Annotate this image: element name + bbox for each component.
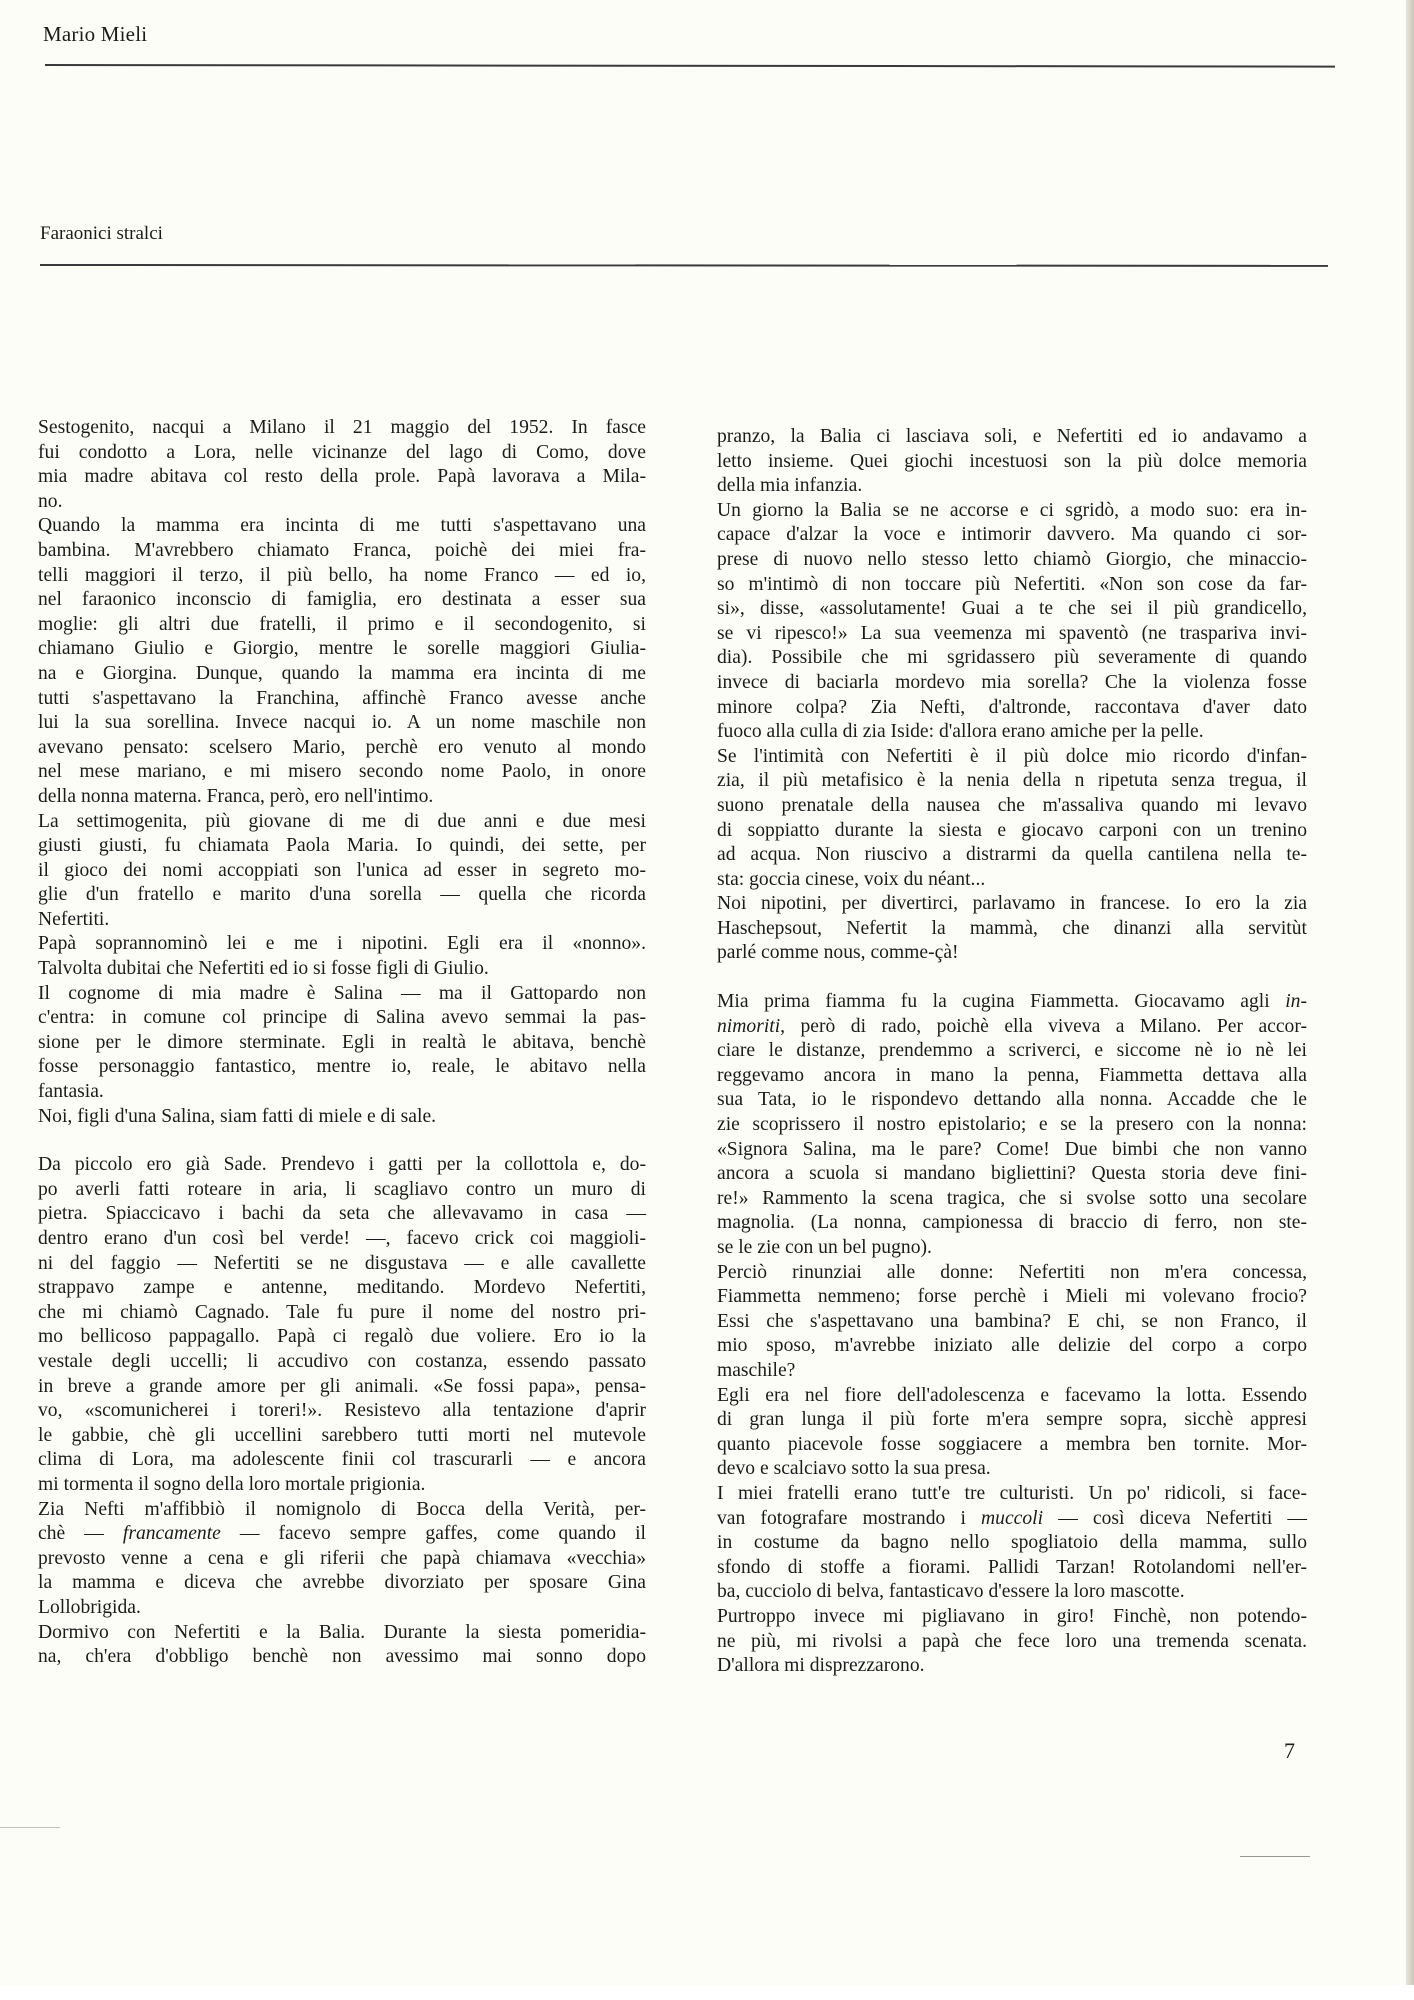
text-line: nel mese mariano, e mi misero secondo no… [38,760,646,785]
paragraph: Purtroppo invece mi pigliavano in giro! … [717,1605,1307,1679]
text-line: «Signora Salina, ma le pare? Come! Due b… [717,1138,1307,1163]
scan-margin [0,1985,1414,2000]
text-line: na e Giorgina. Dunque, quando la mamma e… [38,662,646,687]
page-number: 7 [1284,1738,1295,1764]
text-line: suono prenatale della nausea che m'assal… [717,794,1307,819]
paragraph: Sestogenito, nacqui a Milano il 21 maggi… [38,416,646,514]
text-line: tutti s'aspettavano la Franchina, affinc… [38,687,646,712]
text-line: la mamma e diceva che avrebbe divorziato… [38,1571,646,1596]
text-line: Essi che s'aspettavano una bambina? E ch… [717,1310,1307,1335]
italic-term: nimoriti, [717,1016,785,1037]
text-line: prese di nuovo nello stesso letto chiamò… [717,548,1307,573]
text-line: mia madre abitava col resto della prole.… [38,465,646,490]
text-line: invece di baciarla mordevo mia sorella? … [717,671,1307,696]
text-line: della nonna materna. Franca, però, ero n… [38,785,646,810]
page-edge-shadow [1406,0,1414,1985]
text-line: zia, il più metafisico è la nenia della … [717,769,1307,794]
text-line: nimoriti, però di rado, poichè ella vive… [717,1015,1307,1040]
text-line: ancora a scuola si mandano bigliettini? … [717,1162,1307,1187]
running-header-author: Mario Mieli [43,22,147,47]
paragraph: Papà soprannominò lei e me i nipotini. E… [38,932,646,981]
text-line: dia). Possibile che mi sgridassero più s… [717,646,1307,671]
text-line: so m'intimò di non toccare più Nefertiti… [717,573,1307,598]
text-line: La settimogenita, più giovane di me di d… [38,810,646,835]
paragraph: Se l'intimità con Nefertiti è il più dol… [717,745,1307,893]
text-line: Quando la mamma era incinta di me tutti … [38,514,646,539]
italic-term: muccoli [981,1508,1043,1529]
text-line: Un giorno la Balia se ne accorse e ci sg… [717,499,1307,524]
text-line: Noi nipotini, per divertirci, parlavamo … [717,892,1307,917]
text-line: lui la sua sorellina. Invece nacqui io. … [38,711,646,736]
text-line: vestale degli uccelli; li accudivo con c… [38,1350,646,1375]
text-line: chiamano Giulio e Giorgio, mentre le sor… [38,637,646,662]
text-line: Purtroppo invece mi pigliavano in giro! … [717,1605,1307,1630]
text-line: I miei fratelli erano tutt'e tre culturi… [717,1482,1307,1507]
section-break [38,1129,646,1153]
section-break [717,966,1307,990]
text-line: se vi ripesco!» La sua veemenza mi spave… [717,622,1307,647]
text-line: Noi, figli d'una Salina, siam fatti di m… [38,1105,646,1130]
text-line: Fiammetta nemmeno; forse perchè i Mieli … [717,1285,1307,1310]
paragraph: Da piccolo ero già Sade. Prendevo i gatt… [38,1153,646,1497]
text-line: sione per le dimore sterminate. Egli in … [38,1031,646,1056]
text-line: no. [38,490,646,515]
text-line: Da piccolo ero già Sade. Prendevo i gatt… [38,1153,646,1178]
text-line: zie scoprissero il nostro epistolario; e… [717,1113,1307,1138]
scan-artifact-line [1240,1856,1310,1857]
text-line: fui condotto a Lora, nelle vicinanze del… [38,441,646,466]
text-line: sua Tata, io le rispondevo dettando alla… [717,1088,1307,1113]
text-line: c'entra: in comune col principe di Salin… [38,1006,646,1031]
text-line: maschile? [717,1359,1307,1384]
text-line: clima di Lora, ma adolescente finii col … [38,1448,646,1473]
text-line: ba, cucciolo di belva, fantasticavo d'es… [717,1580,1307,1605]
text-line: letto insieme. Quei giochi incestuosi so… [717,450,1307,475]
text-line: D'allora mi disprezzarono. [717,1654,1307,1679]
text-line: reggevamo ancora in mano la penna, Fiamm… [717,1064,1307,1089]
text-line: telli maggiori il terzo, il più bello, h… [38,564,646,589]
text-line: Perciò rinunziai alle donne: Nefertiti n… [717,1261,1307,1286]
paragraph: Mia prima fiamma fu la cugina Fiammetta.… [717,990,1307,1261]
text-line: della mia infanzia. [717,474,1307,499]
text-line: in breve a grande amore per gli animali.… [38,1375,646,1400]
text-line: si», disse, «assolutamente! Guai a te ch… [717,597,1307,622]
text-line: ciare le distanze, prendemmo a scriverci… [717,1039,1307,1064]
text-line: chè — francamente — facevo sempre gaffes… [38,1522,646,1547]
text-line: in costume da bagno nello spogliatoio de… [717,1531,1307,1556]
text-line: devo e scalciavo sotto la sua presa. [717,1457,1307,1482]
text-line: prevosto venne a cena e gli riferii che … [38,1547,646,1572]
header-rule [45,64,1335,67]
right-text-column: pranzo, la Balia ci lasciava soli, e Nef… [717,425,1307,1679]
text-line: mi tormenta il sogno della loro mortale … [38,1473,646,1498]
text-line: fantasia. [38,1080,646,1105]
text-line: Dormivo con Nefertiti e la Balia. Durant… [38,1621,646,1646]
text-line: mio sposo, m'avrebbe iniziato alle deliz… [717,1334,1307,1359]
paragraph: Quando la mamma era incinta di me tutti … [38,514,646,809]
paragraph: pranzo, la Balia ci lasciava soli, e Nef… [717,425,1307,499]
italic-term: francamente [123,1523,221,1544]
paragraph: La settimogenita, più giovane di me di d… [38,810,646,933]
text-line: sta: goccia cinese, voix du néant... [717,868,1307,893]
scan-artifact-line [0,1827,60,1828]
text-line: Se l'intimità con Nefertiti è il più dol… [717,745,1307,770]
text-line: Talvolta dubitai che Nefertiti ed io si … [38,957,646,982]
text-line: mo bellicoso pappagallo. Papà ci regalò … [38,1325,646,1350]
text-line: di gran lunga il più forte m'era sempre … [717,1408,1307,1433]
text-line: di soppiatto durante la siesta e giocavo… [717,819,1307,844]
paragraph: Noi, figli d'una Salina, siam fatti di m… [38,1105,646,1130]
text-line: ad acqua. Non riuscivo a distrarmi da qu… [717,843,1307,868]
text-line: minore colpa? Zia Nefti, d'altronde, rac… [717,696,1307,721]
paragraph: Dormivo con Nefertiti e la Balia. Durant… [38,1621,646,1670]
italic-term: in- [1285,991,1307,1012]
paragraph: Perciò rinunziai alle donne: Nefertiti n… [717,1261,1307,1384]
text-line: ni del faggio — Nefertiti se ne disgusta… [38,1252,646,1277]
text-line: van fotografare mostrando i muccoli — co… [717,1507,1307,1532]
text-line: nel faraonico inconscio di famiglia, ero… [38,588,646,613]
text-line: Zia Nefti m'affibbiò il nomignolo di Boc… [38,1498,646,1523]
text-line: Lollobrigida. [38,1596,646,1621]
text-line: quanto piacevole fosse soggiacere a memb… [717,1433,1307,1458]
paragraph: Egli era nel fiore dell'adolescenza e fa… [717,1384,1307,1482]
text-line: ne più, mi rivolsi a papà che fece loro … [717,1630,1307,1655]
text-line: Mia prima fiamma fu la cugina Fiammetta.… [717,990,1307,1015]
text-line: sfondo di stoffe a fiorami. Pallidi Tarz… [717,1556,1307,1581]
text-line: Nefertiti. [38,908,646,933]
text-line: fuoco alla culla di zia Iside: d'allora … [717,720,1307,745]
text-line: vo, «scomunicherei i toreri!». Resistevo… [38,1399,646,1424]
text-line: le gabbie, chè gli uccellini sarebbero t… [38,1424,646,1449]
text-line: moglie: gli altri due fratelli, il primo… [38,613,646,638]
text-line: po averli fatti roteare in aria, li scag… [38,1178,646,1203]
text-line: bambina. M'avrebbero chiamato Franca, po… [38,539,646,564]
text-line: Il cognome di mia madre è Salina — ma il… [38,982,646,1007]
text-line: na, ch'era d'obbligo benchè non avessimo… [38,1645,646,1670]
text-line: pietra. Spiaccicavo i bachi da seta che … [38,1202,646,1227]
text-line: che mi chiamò Cagnado. Tale fu pure il n… [38,1301,646,1326]
text-line: dentro erano d'un così bel verde! —, fac… [38,1227,646,1252]
paragraph: Il cognome di mia madre è Salina — ma il… [38,982,646,1105]
left-text-column: Sestogenito, nacqui a Milano il 21 maggi… [38,416,646,1670]
text-line: re!» Rammento la scena tragica, che si s… [717,1187,1307,1212]
text-line: glie d'un fratello e marito d'una sorell… [38,883,646,908]
text-line: se le zie con un bel pugno). [717,1236,1307,1261]
text-line: magnolia. (La nonna, campionessa di brac… [717,1211,1307,1236]
title-rule [40,264,1328,266]
text-line: strappavo zampe e antenne, meditando. Mo… [38,1276,646,1301]
paragraph: Zia Nefti m'affibbiò il nomignolo di Boc… [38,1498,646,1621]
text-line: Papà soprannominò lei e me i nipotini. E… [38,932,646,957]
text-line: Sestogenito, nacqui a Milano il 21 maggi… [38,416,646,441]
text-line: fosse personaggio fantastico, mentre io,… [38,1055,646,1080]
paragraph: I miei fratelli erano tutt'e tre culturi… [717,1482,1307,1605]
text-line: il gioco dei nomi accoppiati son l'unica… [38,859,646,884]
text-line: parlé comme nous, comme-çà! [717,941,1307,966]
text-line: pranzo, la Balia ci lasciava soli, e Nef… [717,425,1307,450]
text-line: capace d'alzar la voce e intimorir davve… [717,523,1307,548]
text-line: giusti giusti, fu chiamata Paola Maria. … [38,834,646,859]
paragraph: Un giorno la Balia se ne accorse e ci sg… [717,499,1307,745]
text-line: Haschepsout, Nefertit la mammà, che dina… [717,917,1307,942]
text-line: avevano pensato: scelsero Mario, perchè … [38,736,646,761]
text-line: Egli era nel fiore dell'adolescenza e fa… [717,1384,1307,1409]
section-title: Faraonici stralci [40,223,163,245]
paragraph: Noi nipotini, per divertirci, parlavamo … [717,892,1307,966]
